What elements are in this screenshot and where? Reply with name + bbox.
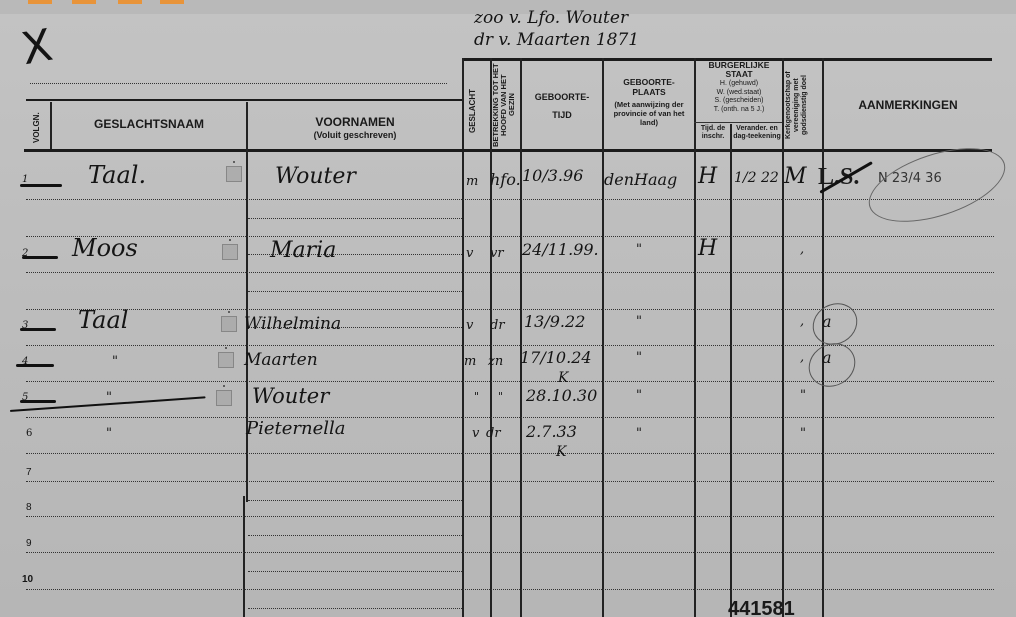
header-geboortetijd: GEBOORTE- TIJD xyxy=(522,88,602,124)
row-line xyxy=(26,417,994,418)
header-burgerlijke-staat: BURGERLIJKE STAAT xyxy=(696,61,782,79)
surname: " xyxy=(106,390,112,405)
row-line xyxy=(26,481,994,482)
given-name: Wilhelmina xyxy=(244,314,341,334)
column-divider xyxy=(730,124,732,617)
religion: , xyxy=(800,242,804,257)
relation: zn xyxy=(488,354,503,369)
birth-note: K xyxy=(558,370,568,386)
sex: v xyxy=(466,318,473,333)
stamp-icon xyxy=(218,352,234,368)
orange-tab xyxy=(72,0,96,4)
circled-annotation xyxy=(801,335,864,395)
civil-change: 1/2 22 xyxy=(734,170,779,186)
birthplace: " xyxy=(636,350,642,365)
card-number: 441581 xyxy=(728,598,795,617)
strike-mark xyxy=(20,184,62,187)
strike-mark xyxy=(20,328,56,331)
birthplace: " xyxy=(636,426,642,441)
row-line xyxy=(26,199,994,200)
orange-tab xyxy=(118,0,142,4)
birthplace: " xyxy=(636,314,642,329)
row-number: 6 xyxy=(26,428,32,439)
sub-line xyxy=(248,291,462,292)
header-betrekking: BETREKKING TOT HET HOOFD VAN HET GEZIN xyxy=(492,62,520,148)
header-voornamen-sub: (Voluit geschreven) xyxy=(248,130,462,140)
stamp-icon xyxy=(222,244,238,260)
header-aanmerkingen: AANMERKINGEN xyxy=(824,98,992,112)
birth-date: 13/9.22 xyxy=(524,312,585,331)
given-name: Wouter xyxy=(252,384,329,408)
birth-date: 28.10.30 xyxy=(526,386,597,405)
header-voornamen: VOORNAMEN xyxy=(248,115,462,129)
header-tijd-inschr: Tijd. de inschr. xyxy=(696,125,730,141)
row-line xyxy=(26,345,994,346)
birthplace: " xyxy=(636,242,642,257)
column-divider xyxy=(246,102,248,502)
sub-line xyxy=(248,218,462,219)
relation: vr xyxy=(490,246,504,261)
sub-line xyxy=(248,608,462,609)
row-line xyxy=(26,453,994,454)
religion: " xyxy=(800,426,806,441)
birth-note: K xyxy=(556,444,566,460)
surname: Taal xyxy=(78,306,128,334)
relation: dr xyxy=(490,318,505,333)
sex: m xyxy=(466,174,478,189)
row-line xyxy=(26,589,994,590)
column-divider xyxy=(243,496,245,617)
row-line xyxy=(26,236,994,237)
row-line xyxy=(26,552,994,553)
given-name: Wouter xyxy=(275,164,356,189)
row-number: 7 xyxy=(26,467,32,478)
stamp-icon xyxy=(221,316,237,332)
row-number: 8 xyxy=(26,502,32,513)
sub-line xyxy=(248,535,462,536)
stamp-icon xyxy=(226,166,242,182)
sub-line xyxy=(248,571,462,572)
row-number: 9 xyxy=(26,538,32,549)
column-divider xyxy=(694,58,696,617)
civil-status: H xyxy=(698,164,717,189)
corner-x-mark: X xyxy=(18,20,57,75)
sex: v xyxy=(472,426,479,441)
given-name: Maria xyxy=(270,238,336,263)
header-note-line1: zoo v. Lfo. Wouter xyxy=(474,8,628,28)
header-burgerlijke-staat-sub: H. (gehuwd) W. (wed.staat) S. (gescheide… xyxy=(696,80,782,114)
stamp-icon xyxy=(216,390,232,406)
header-volgn: VOLGN. xyxy=(32,110,41,146)
surname: " xyxy=(112,354,118,369)
strike-mark xyxy=(22,256,58,259)
header-note-line2: dr v. Maarten 1871 xyxy=(474,30,639,50)
column-divider xyxy=(602,58,604,617)
column-divider xyxy=(462,58,464,617)
relation: dr xyxy=(486,426,501,441)
row-number: 10 xyxy=(22,574,33,585)
row-line xyxy=(26,272,994,273)
sex: v xyxy=(466,246,473,261)
header-bottom-border xyxy=(24,149,992,152)
subheader-divider xyxy=(694,122,782,123)
birth-date: 17/10.24 xyxy=(520,348,592,367)
birthplace: " xyxy=(636,388,642,403)
birth-date: 24/11.99. xyxy=(522,240,599,259)
orange-tab xyxy=(28,0,52,4)
surname: Taal. xyxy=(88,161,146,189)
orange-tab xyxy=(160,0,184,4)
given-name: Maarten xyxy=(244,350,318,370)
header-top-border xyxy=(26,99,462,101)
row-line xyxy=(26,516,994,517)
birth-date: 2.7.33 xyxy=(526,422,577,441)
given-name: Pieternella xyxy=(246,418,346,439)
surname: " xyxy=(106,426,112,441)
civil-status: H xyxy=(698,236,717,261)
registration-card: X zoo v. Lfo. Wouter dr v. Maarten 1871 … xyxy=(0,14,1016,617)
strike-mark xyxy=(16,364,54,367)
divider xyxy=(30,83,447,84)
birthplace: denHaag xyxy=(604,170,677,189)
column-divider xyxy=(782,58,784,617)
header-kerkgenootschap: Kerkgenootschap of vereeniging met godsd… xyxy=(785,62,821,148)
header-geboorteplaats-sub: (Met aanwijzing der provincie of van het… xyxy=(604,100,694,127)
strike-mark xyxy=(20,400,56,403)
relation: hfo. xyxy=(490,170,521,189)
surname: Moos xyxy=(72,234,138,262)
relation: " xyxy=(498,390,503,403)
sex: m xyxy=(464,354,476,369)
header-geboorteplaats: GEBOORTE- PLAATS xyxy=(604,77,694,97)
religion: " xyxy=(800,388,806,403)
sub-line xyxy=(248,500,462,501)
row-line xyxy=(26,381,994,382)
header-geslachtsnaam: GESLACHTSNAAM xyxy=(52,117,246,131)
birth-date: 10/3.96 xyxy=(522,166,583,185)
religion: M xyxy=(784,164,807,189)
column-divider xyxy=(520,58,522,617)
sex: " xyxy=(474,390,479,403)
header-verander: Verander. en dag-teekening xyxy=(732,125,782,141)
header-geslacht: GESLACHT xyxy=(468,76,477,146)
religion: , xyxy=(800,350,804,365)
religion: , xyxy=(800,314,804,329)
